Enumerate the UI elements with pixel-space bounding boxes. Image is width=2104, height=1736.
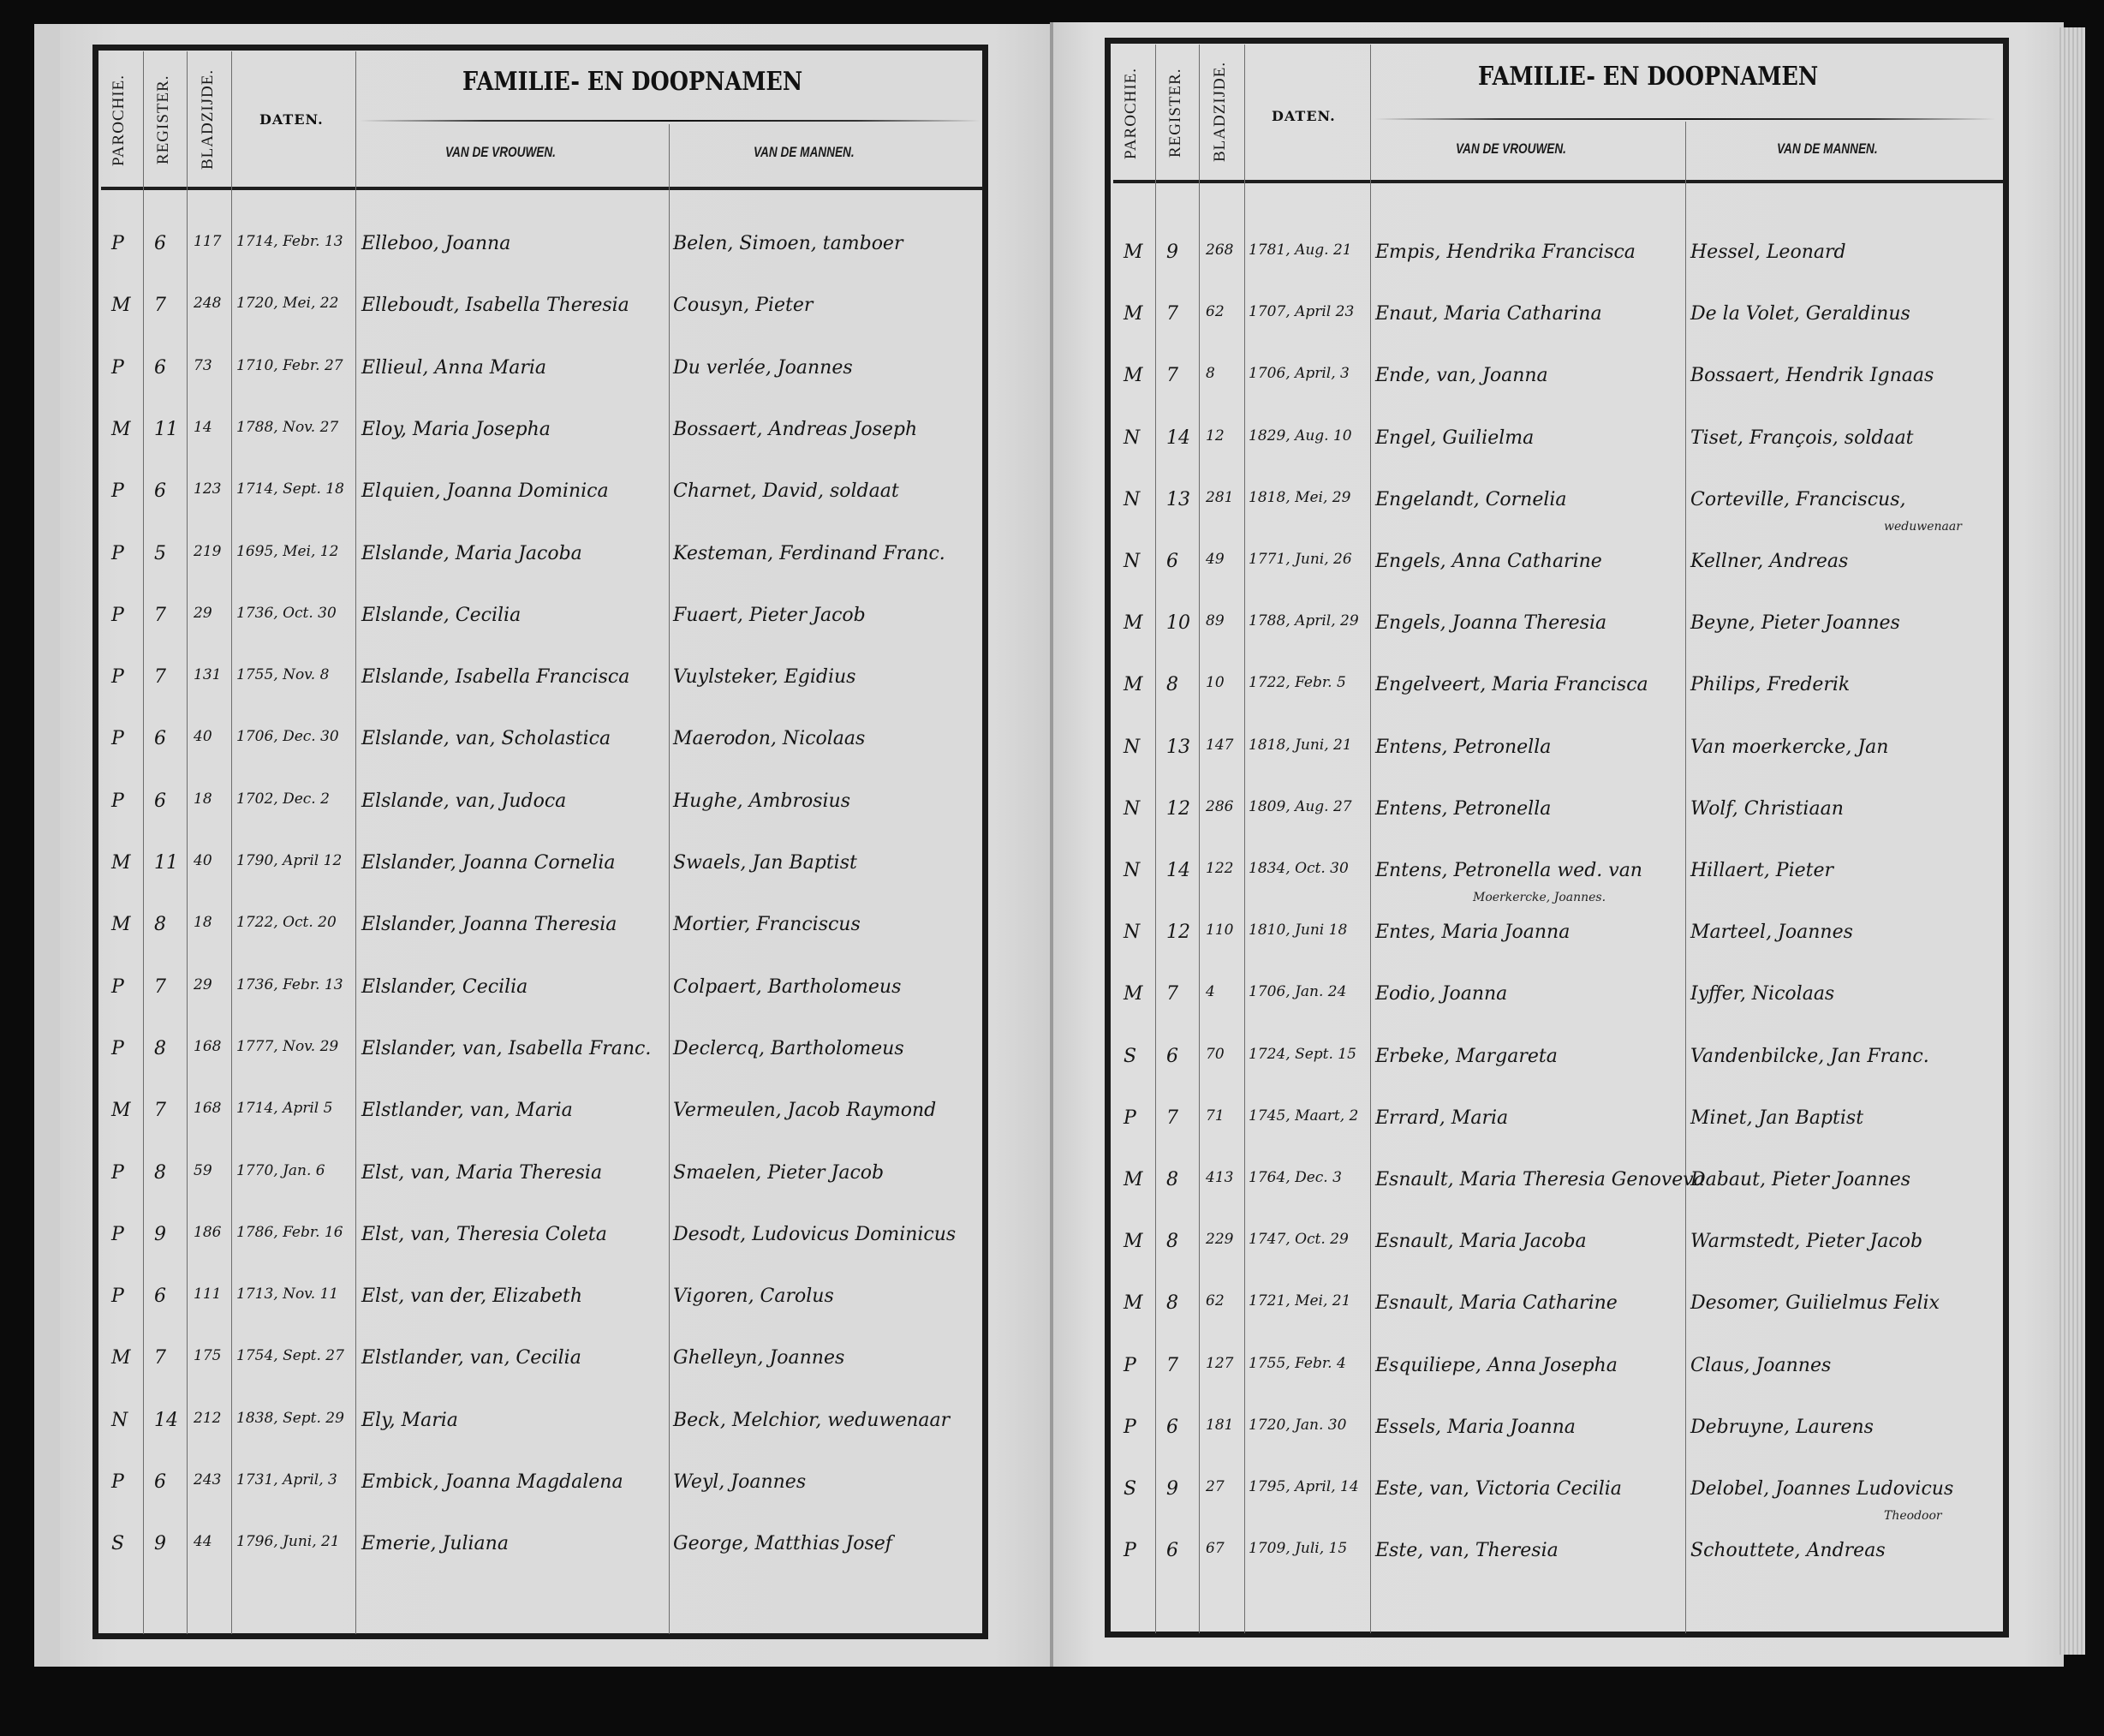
man-note: Theodoor — [1884, 1509, 1942, 1523]
bladzijde-cell: 243 — [194, 1471, 221, 1488]
man-name-cell: Debruyne, Laurens — [1690, 1417, 1874, 1438]
woman-name-cell: Errard, Maria — [1375, 1107, 1508, 1129]
woman-name-cell: Elst, van der, Elizabeth — [361, 1286, 582, 1307]
woman-name-cell: Ely, Maria — [361, 1410, 458, 1431]
man-name-cell: Dabaut, Pieter Joannes — [1690, 1169, 1910, 1190]
man-name-cell: Mortier, Franciscus — [673, 914, 861, 935]
parochie-cell: N — [111, 1410, 128, 1431]
man-note: weduwenaar — [1884, 520, 1962, 534]
parochie-cell: P — [1124, 1417, 1136, 1438]
register-cell: 6 — [1166, 1417, 1178, 1438]
register-cell: 6 — [154, 480, 166, 502]
parochie-cell: M — [1124, 1231, 1143, 1252]
bladzijde-cell: 18 — [194, 790, 212, 808]
register-cell: 6 — [154, 1471, 166, 1493]
parochie-cell: N — [1124, 551, 1140, 572]
bladzijde-cell: 62 — [1206, 303, 1225, 320]
title-rule — [1374, 118, 1995, 120]
man-name-cell: Vandenbilcke, Jan Franc. — [1690, 1046, 1929, 1067]
bladzijde-cell: 212 — [194, 1410, 221, 1427]
woman-name-cell: Engelandt, Cornelia — [1375, 489, 1567, 510]
col-divider — [1199, 45, 1200, 1633]
col-divider — [1244, 45, 1245, 1633]
woman-name-cell: Essels, Maria Joanna — [1375, 1417, 1576, 1438]
register-cell: 8 — [1166, 674, 1178, 695]
man-name-cell: Beck, Melchior, weduwenaar — [673, 1410, 950, 1431]
woman-name-cell: Esnault, Maria Theresia Genoveva — [1375, 1169, 1705, 1190]
register-cell: 7 — [154, 976, 166, 998]
woman-name-cell: Esnault, Maria Catharine — [1375, 1292, 1618, 1314]
register-cell: 7 — [154, 295, 166, 316]
date-cell: 1809, Aug. 27 — [1249, 798, 1352, 815]
woman-name-cell: Elslande, van, Judoca — [361, 790, 566, 812]
parochie-cell: M — [1124, 1292, 1143, 1314]
date-cell: 1795, April, 14 — [1249, 1478, 1359, 1495]
woman-name-cell: Ellieul, Anna Maria — [361, 357, 546, 379]
bladzijde-cell: 10 — [1206, 674, 1225, 691]
date-cell: 1695, Mei, 12 — [236, 543, 338, 560]
date-cell: 1714, Febr. 13 — [236, 233, 343, 250]
woman-name-cell: Entens, Petronella wed. van — [1375, 860, 1642, 881]
left-ledger-frame — [92, 45, 988, 1639]
register-cell: 7 — [1166, 1107, 1178, 1129]
bladzijde-cell: 131 — [194, 666, 221, 683]
register-cell: 8 — [1166, 1169, 1178, 1190]
date-cell: 1781, Aug. 21 — [1249, 242, 1352, 259]
man-name-cell: Colpaert, Bartholomeus — [673, 976, 901, 998]
parochie-cell: N — [1124, 922, 1140, 943]
parochie-cell: M — [111, 914, 131, 935]
bladzijde-cell: 14 — [194, 419, 212, 436]
bladzijde-cell: 268 — [1206, 242, 1233, 259]
man-name-cell: Tiset, François, soldaat — [1690, 427, 1914, 449]
register-cell: 14 — [1166, 860, 1190, 881]
date-cell: 1810, Juni 18 — [1249, 922, 1347, 939]
bladzijde-cell: 229 — [1206, 1231, 1233, 1248]
man-name-cell: Swaels, Jan Baptist — [673, 852, 857, 874]
man-name-cell: Declercq, Bartholomeus — [673, 1038, 904, 1059]
date-cell: 1790, April 12 — [236, 852, 342, 869]
date-cell: 1736, Febr. 13 — [236, 976, 343, 993]
date-cell: 1829, Aug. 10 — [1249, 427, 1352, 444]
bladzijde-cell: 123 — [194, 480, 221, 498]
register-cell: 6 — [154, 728, 166, 749]
header-daten: DATEN. — [1272, 108, 1336, 124]
woman-name-cell: Elslande, Isabella Francisca — [361, 666, 629, 688]
bladzijde-cell: 27 — [1206, 1478, 1225, 1495]
bladzijde-cell: 67 — [1206, 1540, 1225, 1557]
bladzijde-cell: 40 — [194, 852, 212, 869]
man-name-cell: Van moerkercke, Jan — [1690, 737, 1888, 758]
date-cell: 1755, Nov. 8 — [236, 666, 329, 683]
header-bladzijde: BLADZIJDE. — [1211, 57, 1230, 166]
register-cell: 9 — [154, 1533, 166, 1554]
parochie-cell: P — [111, 728, 124, 749]
register-cell: 7 — [154, 666, 166, 688]
parochie-cell: P — [1124, 1355, 1136, 1376]
bladzijde-cell: 12 — [1206, 427, 1225, 444]
woman-name-cell: Engelveert, Maria Francisca — [1375, 674, 1648, 695]
man-name-cell: Hughe, Ambrosius — [673, 790, 850, 812]
parochie-cell: P — [111, 480, 124, 502]
man-name-cell: Vuylsteker, Egidius — [673, 666, 855, 688]
man-name-cell: Kesteman, Ferdinand Franc. — [673, 543, 945, 564]
parochie-cell: M — [1124, 242, 1143, 263]
bladzijde-cell: 111 — [194, 1286, 221, 1303]
parochie-cell: P — [1124, 1540, 1136, 1561]
parochie-cell: M — [111, 295, 131, 316]
woman-name-cell: Elslander, Joanna Cornelia — [361, 852, 616, 874]
woman-name-cell: Empis, Hendrika Francisca — [1375, 242, 1636, 263]
woman-name-cell: Elslande, Cecilia — [361, 605, 521, 626]
parochie-cell: P — [111, 1224, 124, 1245]
parochie-cell: N — [1124, 427, 1140, 449]
register-cell: 9 — [1166, 1478, 1178, 1500]
date-cell: 1747, Oct. 29 — [1249, 1231, 1349, 1248]
date-cell: 1721, Mei, 21 — [1249, 1292, 1350, 1309]
man-name-cell: Corteville, Franciscus, — [1690, 489, 1906, 510]
register-cell: 11 — [154, 852, 178, 874]
parochie-cell: M — [111, 419, 131, 440]
date-cell: 1736, Oct. 30 — [236, 605, 337, 622]
man-name-cell: Smaelen, Pieter Jacob — [673, 1162, 884, 1184]
date-cell: 1710, Febr. 27 — [236, 357, 343, 374]
man-name-cell: Ghelleyn, Joannes — [673, 1347, 844, 1369]
man-name-cell: Du verlée, Joannes — [673, 357, 853, 379]
bladzijde-cell: 147 — [1206, 737, 1233, 754]
col-divider — [1685, 122, 1686, 1633]
register-cell: 8 — [154, 914, 166, 935]
woman-name-cell: Eloy, Maria Josepha — [361, 419, 551, 440]
date-cell: 1786, Febr. 16 — [236, 1224, 343, 1241]
man-name-cell: George, Matthias Josef — [673, 1533, 892, 1554]
woman-name-cell: Eodio, Joanna — [1375, 983, 1507, 1005]
man-name-cell: Fuaert, Pieter Jacob — [673, 605, 866, 626]
header-register: REGISTER. — [1166, 62, 1185, 164]
parochie-cell: M — [1124, 983, 1143, 1005]
parochie-cell: M — [1124, 674, 1143, 695]
parochie-cell: S — [111, 1533, 124, 1554]
register-cell: 6 — [1166, 1540, 1178, 1561]
date-cell: 1834, Oct. 30 — [1249, 860, 1349, 877]
bladzijde-cell: 44 — [194, 1533, 212, 1550]
bladzijde-cell: 40 — [194, 728, 212, 745]
man-name-cell: Wolf, Christiaan — [1690, 798, 1844, 820]
register-cell: 7 — [154, 605, 166, 626]
woman-name-cell: Elslande, Maria Jacoba — [361, 543, 582, 564]
parochie-cell: M — [1124, 612, 1143, 634]
bladzijde-cell: 122 — [1206, 860, 1233, 877]
woman-name-cell: Elslande, van, Scholastica — [361, 728, 611, 749]
parochie-cell: S — [1124, 1478, 1136, 1500]
woman-name-cell: Elleboo, Joanna — [361, 233, 510, 254]
woman-name-cell: Elquien, Joanna Dominica — [361, 480, 609, 502]
col-divider — [1155, 45, 1156, 1633]
header-bladzijde: BLADZIJDE. — [199, 64, 218, 174]
parochie-cell: M — [111, 1347, 131, 1369]
man-name-cell: Schouttete, Andreas — [1690, 1540, 1886, 1561]
parochie-cell: P — [111, 1286, 124, 1307]
parochie-cell: M — [1124, 365, 1143, 386]
date-cell: 1764, Dec. 3 — [1249, 1169, 1342, 1186]
woman-name-cell: Elst, van, Maria Theresia — [361, 1162, 602, 1184]
col-divider — [143, 51, 144, 1634]
man-name-cell: Beyne, Pieter Joannes — [1690, 612, 1900, 634]
woman-name-cell: Entens, Petronella — [1375, 798, 1551, 820]
date-cell: 1720, Jan. 30 — [1249, 1417, 1346, 1434]
date-cell: 1707, April 23 — [1249, 303, 1354, 320]
woman-name-cell: Engels, Anna Catharine — [1375, 551, 1602, 572]
bladzijde-cell: 8 — [1206, 365, 1215, 382]
col-divider — [1370, 45, 1371, 1633]
parochie-cell: M — [1124, 303, 1143, 325]
register-cell: 8 — [1166, 1292, 1178, 1314]
page-edges — [2059, 27, 2085, 1655]
bladzijde-cell: 18 — [194, 914, 212, 931]
bladzijde-cell: 117 — [194, 233, 221, 250]
col-divider — [355, 51, 356, 1634]
bladzijde-cell: 413 — [1206, 1169, 1233, 1186]
man-name-cell: Desodt, Ludovicus Dominicus — [673, 1224, 956, 1245]
header-register: REGISTER. — [154, 69, 173, 171]
date-cell: 1777, Nov. 29 — [236, 1038, 338, 1055]
man-name-cell: Desomer, Guilielmus Felix — [1690, 1292, 1940, 1314]
woman-name-cell: Ende, van, Joanna — [1375, 365, 1548, 386]
date-cell: 1818, Juni, 21 — [1249, 737, 1352, 754]
date-cell: 1818, Mei, 29 — [1249, 489, 1350, 506]
date-cell: 1722, Febr. 5 — [1249, 674, 1346, 691]
man-name-cell: Kellner, Andreas — [1690, 551, 1848, 572]
woman-note: Moerkercke, Joannes. — [1473, 891, 1606, 904]
parochie-cell: M — [1124, 1169, 1143, 1190]
bladzijde-cell: 110 — [1206, 922, 1233, 939]
date-cell: 1754, Sept. 27 — [236, 1347, 344, 1364]
register-cell: 13 — [1166, 489, 1190, 510]
register-cell: 6 — [154, 357, 166, 379]
bladzijde-cell: 168 — [194, 1038, 221, 1055]
header-vrouwen: VAN DE VROUWEN. — [1456, 140, 1566, 158]
parochie-cell: P — [111, 1471, 124, 1493]
bladzijde-cell: 168 — [194, 1100, 221, 1117]
bladzijde-cell: 73 — [194, 357, 212, 374]
register-cell: 13 — [1166, 737, 1190, 758]
man-name-cell: Charnet, David, soldaat — [673, 480, 899, 502]
parochie-cell: P — [111, 790, 124, 812]
register-cell: 6 — [154, 233, 166, 254]
date-cell: 1770, Jan. 6 — [236, 1162, 325, 1179]
date-cell: 1706, April, 3 — [1249, 365, 1350, 382]
man-name-cell: Bossaert, Hendrik Ignaas — [1690, 365, 1934, 386]
man-name-cell: De la Volet, Geraldinus — [1690, 303, 1910, 325]
header-mannen: VAN DE MANNEN. — [754, 144, 855, 161]
man-name-cell: Claus, Joannes — [1690, 1355, 1831, 1376]
parochie-cell: N — [1124, 798, 1140, 820]
date-cell: 1709, Juli, 15 — [1249, 1540, 1347, 1557]
parochie-cell: N — [1124, 737, 1140, 758]
header-vrouwen: VAN DE VROUWEN. — [445, 144, 556, 161]
man-name-cell: Hillaert, Pieter — [1690, 860, 1833, 881]
bladzijde-cell: 29 — [194, 605, 212, 622]
parochie-cell: M — [111, 852, 131, 874]
man-name-cell: Minet, Jan Baptist — [1690, 1107, 1863, 1129]
header-parochie: PAROCHIE. — [1122, 62, 1141, 164]
woman-name-cell: Engel, Guilielma — [1375, 427, 1534, 449]
date-cell: 1714, Sept. 18 — [236, 480, 344, 498]
woman-name-cell: Entens, Petronella — [1375, 737, 1551, 758]
parochie-cell: S — [1124, 1046, 1136, 1067]
date-cell: 1788, Nov. 27 — [236, 419, 338, 436]
header-title: FAMILIE- EN DOOPNAMEN — [1478, 62, 1818, 92]
parochie-cell: P — [111, 666, 124, 688]
bladzijde-cell: 70 — [1206, 1046, 1225, 1063]
register-cell: 5 — [154, 543, 166, 564]
right-ledger-frame — [1105, 38, 2009, 1638]
header-mannen: VAN DE MANNEN. — [1777, 140, 1878, 158]
bladzijde-cell: 71 — [1206, 1107, 1225, 1125]
register-cell: 6 — [154, 1286, 166, 1307]
man-name-cell: Delobel, Joannes Ludovicus — [1690, 1478, 1953, 1500]
date-cell: 1714, April 5 — [236, 1100, 332, 1117]
man-name-cell: Cousyn, Pieter — [673, 295, 813, 316]
date-cell: 1796, Juni, 21 — [236, 1533, 340, 1550]
date-cell: 1724, Sept. 15 — [1249, 1046, 1356, 1063]
bladzijde-cell: 127 — [1206, 1355, 1233, 1372]
woman-name-cell: Esnault, Maria Jacoba — [1375, 1231, 1587, 1252]
man-name-cell: Iyffer, Nicolaas — [1690, 983, 1834, 1005]
date-cell: 1771, Juni, 26 — [1249, 551, 1352, 568]
bladzijde-cell: 49 — [1206, 551, 1225, 568]
bladzijde-cell: 186 — [194, 1224, 221, 1241]
woman-name-cell: Enaut, Maria Catharina — [1375, 303, 1602, 325]
col-divider — [187, 51, 188, 1634]
woman-name-cell: Este, van, Victoria Cecilia — [1375, 1478, 1622, 1500]
register-cell: 7 — [1166, 1355, 1178, 1376]
header-divider — [101, 187, 983, 190]
parochie-cell: P — [111, 233, 124, 254]
register-cell: 14 — [154, 1410, 178, 1431]
parochie-cell: M — [111, 1100, 131, 1121]
date-cell: 1788, April, 29 — [1249, 612, 1359, 629]
col-divider — [231, 51, 232, 1634]
register-cell: 11 — [154, 419, 178, 440]
col-divider — [669, 124, 670, 1634]
bladzijde-cell: 89 — [1206, 612, 1225, 629]
date-cell: 1702, Dec. 2 — [236, 790, 330, 808]
bladzijde-cell: 62 — [1206, 1292, 1225, 1309]
parochie-cell: P — [111, 1038, 124, 1059]
woman-name-cell: Elst, van, Theresia Coleta — [361, 1224, 607, 1245]
woman-name-cell: Este, van, Theresia — [1375, 1540, 1559, 1561]
register-cell: 14 — [1166, 427, 1190, 449]
date-cell: 1731, April, 3 — [236, 1471, 337, 1488]
woman-name-cell: Elslander, Cecilia — [361, 976, 527, 998]
title-rule — [360, 120, 980, 122]
date-cell: 1713, Nov. 11 — [236, 1286, 338, 1303]
register-cell: 8 — [154, 1162, 166, 1184]
bladzijde-cell: 4 — [1206, 983, 1215, 1000]
parochie-cell: P — [111, 605, 124, 626]
woman-name-cell: Emerie, Juliana — [361, 1533, 509, 1554]
register-cell: 6 — [1166, 551, 1178, 572]
parochie-cell: P — [111, 976, 124, 998]
woman-name-cell: Embick, Joanna Magdalena — [361, 1471, 623, 1493]
register-cell: 12 — [1166, 922, 1190, 943]
register-cell: 7 — [154, 1347, 166, 1369]
man-name-cell: Bossaert, Andreas Joseph — [673, 419, 917, 440]
register-cell: 7 — [154, 1100, 166, 1121]
woman-name-cell: Esquiliepe, Anna Josepha — [1375, 1355, 1618, 1376]
book-gutter — [1050, 22, 1053, 1667]
bladzijde-cell: 248 — [194, 295, 221, 312]
man-name-cell: Warmstedt, Pieter Jacob — [1690, 1231, 1922, 1252]
register-cell: 8 — [1166, 1231, 1178, 1252]
date-cell: 1706, Jan. 24 — [1249, 983, 1346, 1000]
woman-name-cell: Engels, Joanna Theresia — [1375, 612, 1606, 634]
bladzijde-cell: 219 — [194, 543, 221, 560]
register-cell: 9 — [1166, 242, 1178, 263]
header-divider — [1113, 180, 2004, 183]
man-name-cell: Vermeulen, Jacob Raymond — [673, 1100, 936, 1121]
date-cell: 1720, Mei, 22 — [236, 295, 338, 312]
register-cell: 7 — [1166, 303, 1178, 325]
parochie-cell: N — [1124, 860, 1140, 881]
parochie-cell: P — [111, 543, 124, 564]
parochie-cell: P — [1124, 1107, 1136, 1129]
man-name-cell: Belen, Simoen, tamboer — [673, 233, 903, 254]
woman-name-cell: Elleboudt, Isabella Theresia — [361, 295, 629, 316]
parochie-cell: P — [111, 1162, 124, 1184]
bladzijde-cell: 281 — [1206, 489, 1233, 506]
woman-name-cell: Elstlander, van, Cecilia — [361, 1347, 581, 1369]
register-cell: 12 — [1166, 798, 1190, 820]
register-cell: 10 — [1166, 612, 1190, 634]
man-name-cell: Vigoren, Carolus — [673, 1286, 834, 1307]
register-cell: 8 — [154, 1038, 166, 1059]
bladzijde-cell: 29 — [194, 976, 212, 993]
register-cell: 7 — [1166, 365, 1178, 386]
register-cell: 6 — [1166, 1046, 1178, 1067]
bladzijde-cell: 59 — [194, 1162, 212, 1179]
header-parochie: PAROCHIE. — [110, 69, 128, 171]
header-title: FAMILIE- EN DOOPNAMEN — [462, 67, 802, 97]
man-name-cell: Philips, Frederik — [1690, 674, 1850, 695]
date-cell: 1838, Sept. 29 — [236, 1410, 344, 1427]
date-cell: 1745, Maart, 2 — [1249, 1107, 1358, 1125]
date-cell: 1755, Febr. 4 — [1249, 1355, 1346, 1372]
parochie-cell: N — [1124, 489, 1140, 510]
bladzijde-cell: 175 — [194, 1347, 221, 1364]
date-cell: 1706, Dec. 30 — [236, 728, 339, 745]
bladzijde-cell: 181 — [1206, 1417, 1233, 1434]
register-cell: 7 — [1166, 983, 1178, 1005]
man-name-cell: Maerodon, Nicolaas — [673, 728, 865, 749]
woman-name-cell: Elslander, Joanna Theresia — [361, 914, 617, 935]
woman-name-cell: Erbeke, Margareta — [1375, 1046, 1558, 1067]
man-name-cell: Hessel, Leonard — [1690, 242, 1846, 263]
register-cell: 6 — [154, 790, 166, 812]
header-daten: DATEN. — [259, 111, 324, 128]
man-name-cell: Marteel, Joannes — [1690, 922, 1853, 943]
man-name-cell: Weyl, Joannes — [673, 1471, 806, 1493]
woman-name-cell: Elslander, van, Isabella Franc. — [361, 1038, 651, 1059]
date-cell: 1722, Oct. 20 — [236, 914, 337, 931]
register-cell: 9 — [154, 1224, 166, 1245]
woman-name-cell: Elstlander, van, Maria — [361, 1100, 573, 1121]
parochie-cell: P — [111, 357, 124, 379]
woman-name-cell: Entes, Maria Joanna — [1375, 922, 1570, 943]
bladzijde-cell: 286 — [1206, 798, 1233, 815]
